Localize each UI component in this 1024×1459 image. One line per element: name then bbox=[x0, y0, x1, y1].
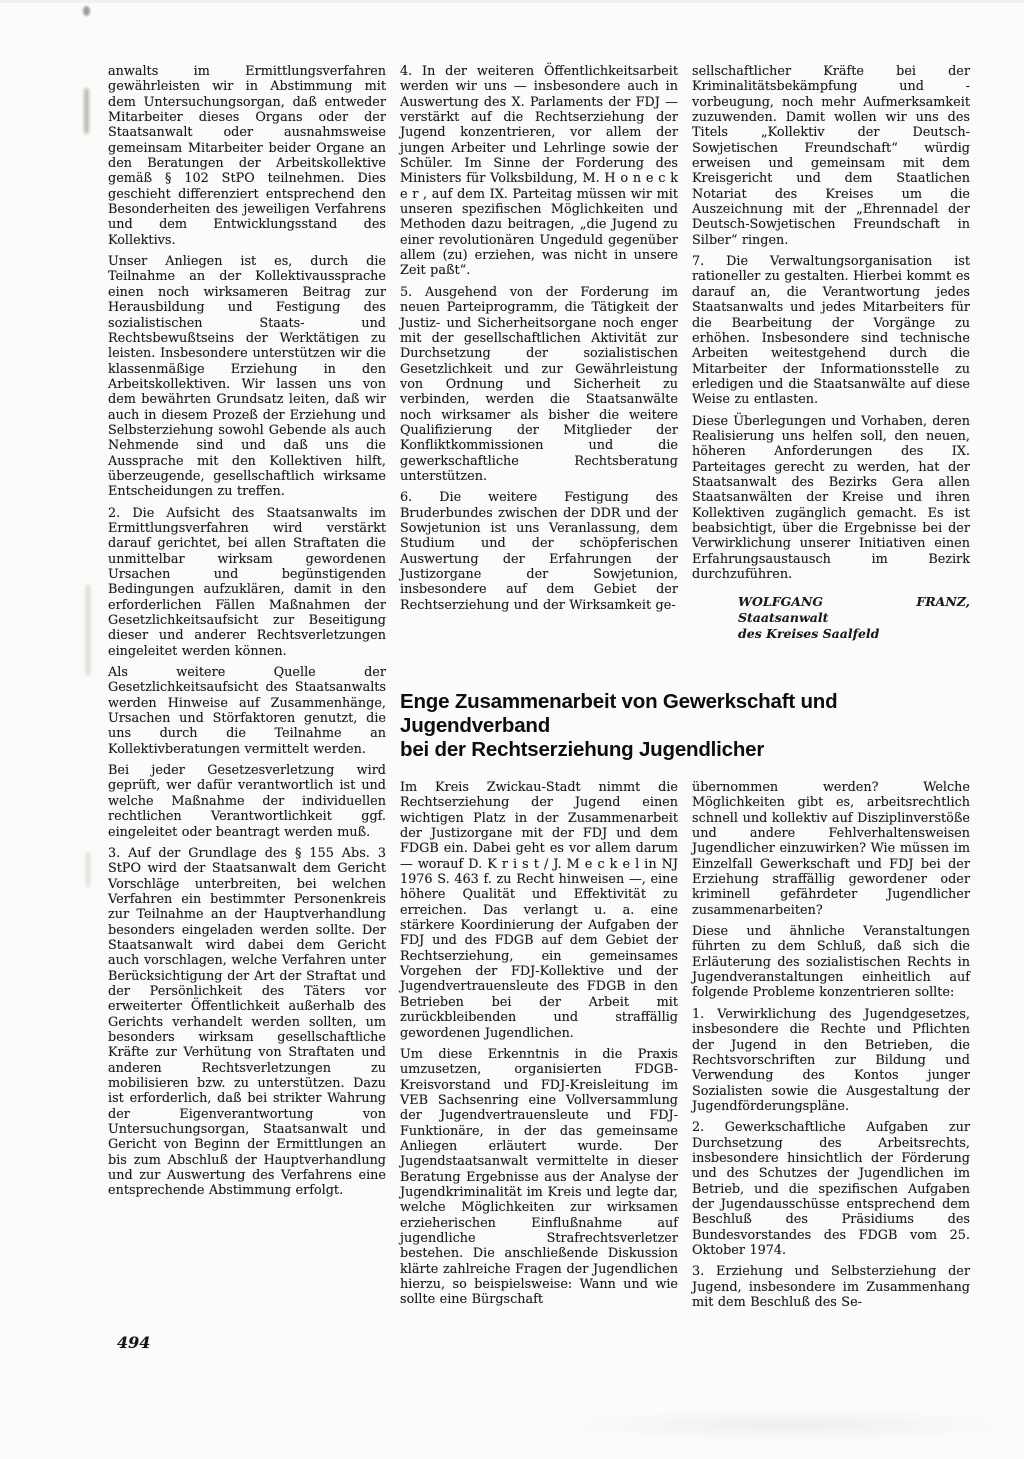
paragraph: Unser Anliegen ist es, durch die Teilnah… bbox=[108, 254, 386, 500]
paragraph: 1. Verwirklichung des Jugendgesetzes, in… bbox=[692, 1007, 970, 1114]
article-title-line-2: bei der Rechtserziehung Jugendlicher bbox=[400, 738, 764, 761]
signature-line-1: WOLFGANG FRANZ, Staatsanwalt bbox=[738, 594, 970, 625]
article-2-column-right: übernommen werden? Welche Möglichkeiten … bbox=[692, 780, 970, 1316]
column-2-upper: 4. In der weiteren Öffentlichkeitsarbeit… bbox=[400, 64, 678, 670]
paragraph: 3. Erziehung und Selbsterziehung der Jug… bbox=[692, 1264, 970, 1310]
signature-line-2: des Kreises Saalfeld bbox=[738, 626, 879, 641]
scan-smudge bbox=[86, 852, 90, 886]
paragraph: 2. Gewerkschaftliche Aufgaben zur Durchs… bbox=[692, 1120, 970, 1258]
page-number: 494 bbox=[117, 1333, 150, 1352]
article-title: Enge Zusammenarbeit von Gewerkschaft und… bbox=[400, 690, 970, 762]
paragraph: übernommen werden? Welche Möglichkeiten … bbox=[692, 780, 970, 918]
paragraph: sellschaftlicher Kräfte bei der Kriminal… bbox=[692, 64, 970, 248]
paragraph: Im Kreis Zwickau-Stadt nimmt die Rechtse… bbox=[400, 780, 678, 1041]
paragraph: 4. In der weiteren Öffentlichkeitsarbeit… bbox=[400, 64, 678, 279]
column-3-upper-text: sellschaftlicher Kräfte bei der Kriminal… bbox=[692, 64, 970, 582]
paragraph: Diese und ähnliche Veranstaltungen führt… bbox=[692, 924, 970, 1001]
paragraph: Diese Überlegungen und Vorhaben, deren R… bbox=[692, 414, 970, 583]
paragraph: 5. Ausgehend von der Forderung im neuen … bbox=[400, 285, 678, 484]
page-content: anwalts im Ermittlungsverfahren gewährle… bbox=[108, 64, 970, 1334]
paragraph: Als weitere Quelle der Gesetzlichkeitsau… bbox=[108, 665, 386, 757]
article-2-body: Im Kreis Zwickau-Stadt nimmt die Rechtse… bbox=[400, 780, 970, 1316]
paragraph: 2. Die Aufsicht des Staatsanwalts im Erm… bbox=[108, 506, 386, 659]
scan-smudge bbox=[86, 585, 90, 675]
scanned-journal-page: anwalts im Ermittlungsverfahren gewährle… bbox=[0, 0, 1024, 1459]
scan-smudge bbox=[83, 6, 90, 16]
scan-smudge bbox=[84, 88, 89, 134]
paragraph: 3. Auf der Grundlage des § 155 Abs. 3 St… bbox=[108, 846, 386, 1199]
scan-smear bbox=[560, 1408, 1020, 1442]
paragraph: 6. Die weitere Festigung des Bruderbunde… bbox=[400, 490, 678, 613]
columns-2-3-region: 4. In der weiteren Öffentlichkeitsarbeit… bbox=[400, 64, 970, 1334]
paragraph: 7. Die Verwaltungsorganisation ist ratio… bbox=[692, 254, 970, 407]
paragraph: Um diese Erkenntnis in die Praxis umzuse… bbox=[400, 1047, 678, 1308]
column-1-article-continuation: anwalts im Ermittlungsverfahren gewährle… bbox=[108, 64, 386, 1334]
paragraph: Bei jeder Gesetzesverletzung wird geprüf… bbox=[108, 763, 386, 840]
paragraph: anwalts im Ermittlungsverfahren gewährle… bbox=[108, 64, 386, 248]
author-signature: WOLFGANG FRANZ, Staatsanwalt des Kreises… bbox=[738, 594, 970, 642]
article-title-line-1: Enge Zusammenarbeit von Gewerkschaft und… bbox=[400, 690, 837, 737]
column-3-upper: sellschaftlicher Kräfte bei der Kriminal… bbox=[692, 64, 970, 670]
article-continuation-upper: 4. In der weiteren Öffentlichkeitsarbeit… bbox=[400, 64, 970, 670]
article-2-column-left: Im Kreis Zwickau-Stadt nimmt die Rechtse… bbox=[400, 780, 678, 1316]
scan-edge-shadow bbox=[0, 0, 1024, 3]
